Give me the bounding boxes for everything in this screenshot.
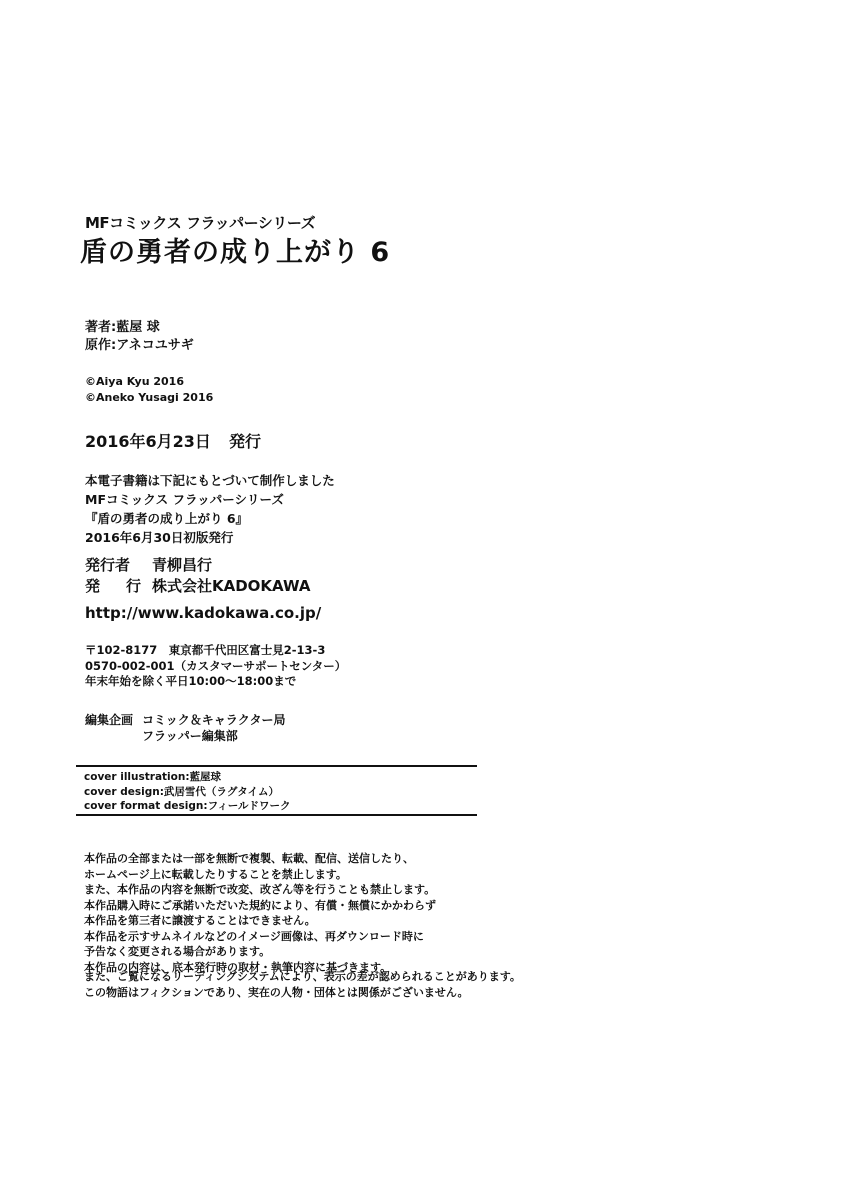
author-name: 藍屋 球 [116,320,160,335]
editorial-label-spacer [85,728,142,744]
original-author-name: アネコユサギ [116,338,193,353]
cover-credit-label: cover design [84,786,160,798]
publication-label: 発行 [229,432,261,451]
issuer-name: 青柳昌行 [152,555,212,576]
cover-credit-value: 藍屋球 [190,771,222,783]
publisher-label: 発行 [85,576,152,597]
publisher-row: 発行 株式会社KADOKAWA [85,576,310,597]
notice-line: 本作品を第三者に譲渡することはできません。 [84,913,436,929]
author-credit: 著者:藍屋 球 [85,316,160,335]
editorial-label: 編集企画 [85,712,142,728]
ebook-note-line: 2016年6月30日初版発行 [85,528,335,547]
editorial-row: 編集企画 コミック＆キャラクター局 [85,712,286,728]
bottom-divider [76,814,477,816]
notice-line: 本作品の全部または一部を無断で複製、転載、配信、送信したり、 [84,851,436,867]
issuer-row: 発行者 青柳昌行 [85,555,310,576]
publisher-block: 発行者 青柳昌行 発行 株式会社KADOKAWA [85,555,310,596]
cover-credit-label: cover illustration [84,771,185,783]
copyright-author: ©Aiya Kyu 2016 [85,375,184,388]
notice-line: また、本作品の内容を無断で改変、改ざん等を行うことも禁止します。 [84,882,436,898]
editorial-row: フラッパー編集部 [85,728,286,744]
postal-address: 〒102-8177 東京都千代田区富士見2-13-3 [85,643,346,659]
ebook-note-line: MFコミックス フラッパーシリーズ [85,490,335,509]
notice-line: 本作品を示すサムネイルなどのイメージ画像は、再ダウンロード時に [84,929,436,945]
cover-credit-label: cover format design [84,800,203,812]
cover-credits: cover illustration:藍屋球 cover design:武居雪代… [84,770,291,814]
legal-notices: 本作品の全部または一部を無断で複製、転載、配信、送信したり、 ホームページ上に転… [84,851,436,975]
notice-line: この物語はフィクションであり、実在の人物・団体とは関係がございません。 [84,985,521,1001]
cover-credit-format: cover format design:フィールドワーク [84,799,291,814]
publication-date-value: 2016年6月23日 [85,432,211,451]
notice-line: ホームページ上に転載したりすることを禁止します。 [84,867,436,883]
top-divider [76,765,477,767]
support-phone: 0570-002-001（カスタマーサポートセンター） [85,659,346,675]
publisher-url-link[interactable]: http://www.kadokawa.co.jp/ [85,604,321,622]
cover-credit-design: cover design:武居雪代（ラグタイム） [84,785,291,800]
cover-credit-value: 武居雪代（ラグタイム） [164,786,279,798]
copyright-original: ©Aneko Yusagi 2016 [85,391,213,404]
support-hours: 年末年始を除く平日10:00～18:00まで [85,674,346,690]
editorial-block: 編集企画 コミック＆キャラクター局 フラッパー編集部 [85,712,286,744]
author-label: 著者 [85,320,111,335]
display-and-fiction-notices: また、ご覧になるリーディングシステムにより、表示の差が認められることがあります。… [84,969,521,1000]
original-work-credit: 原作:アネコユサギ [85,334,194,353]
ebook-note: 本電子書籍は下記にもとづいて制作しました MFコミックス フラッパーシリーズ 『… [85,471,335,547]
publisher-name: 株式会社KADOKAWA [152,576,310,597]
ebook-note-line: 本電子書籍は下記にもとづいて制作しました [85,471,335,490]
publication-date: 2016年6月23日発行 [85,429,261,452]
editorial-dept: コミック＆キャラクター局 [142,712,286,728]
cover-credit-illustration: cover illustration:藍屋球 [84,770,291,785]
editorial-subdept: フラッパー編集部 [142,728,238,744]
notice-line: また、ご覧になるリーディングシステムにより、表示の差が認められることがあります。 [84,969,521,985]
cover-credit-value: フィールドワーク [208,800,291,812]
original-work-label: 原作 [85,338,111,353]
address-block: 〒102-8177 東京都千代田区富士見2-13-3 0570-002-001（… [85,643,346,690]
notice-line: 予告なく変更される場合があります。 [84,944,436,960]
notice-line: 本作品購入時にご承諾いただいた規約により、有償・無償にかかわらず [84,898,436,914]
book-title: 盾の勇者の成り上がり 6 [80,230,390,269]
issuer-label: 発行者 [85,555,152,576]
ebook-note-line: 『盾の勇者の成り上がり 6』 [85,509,335,528]
